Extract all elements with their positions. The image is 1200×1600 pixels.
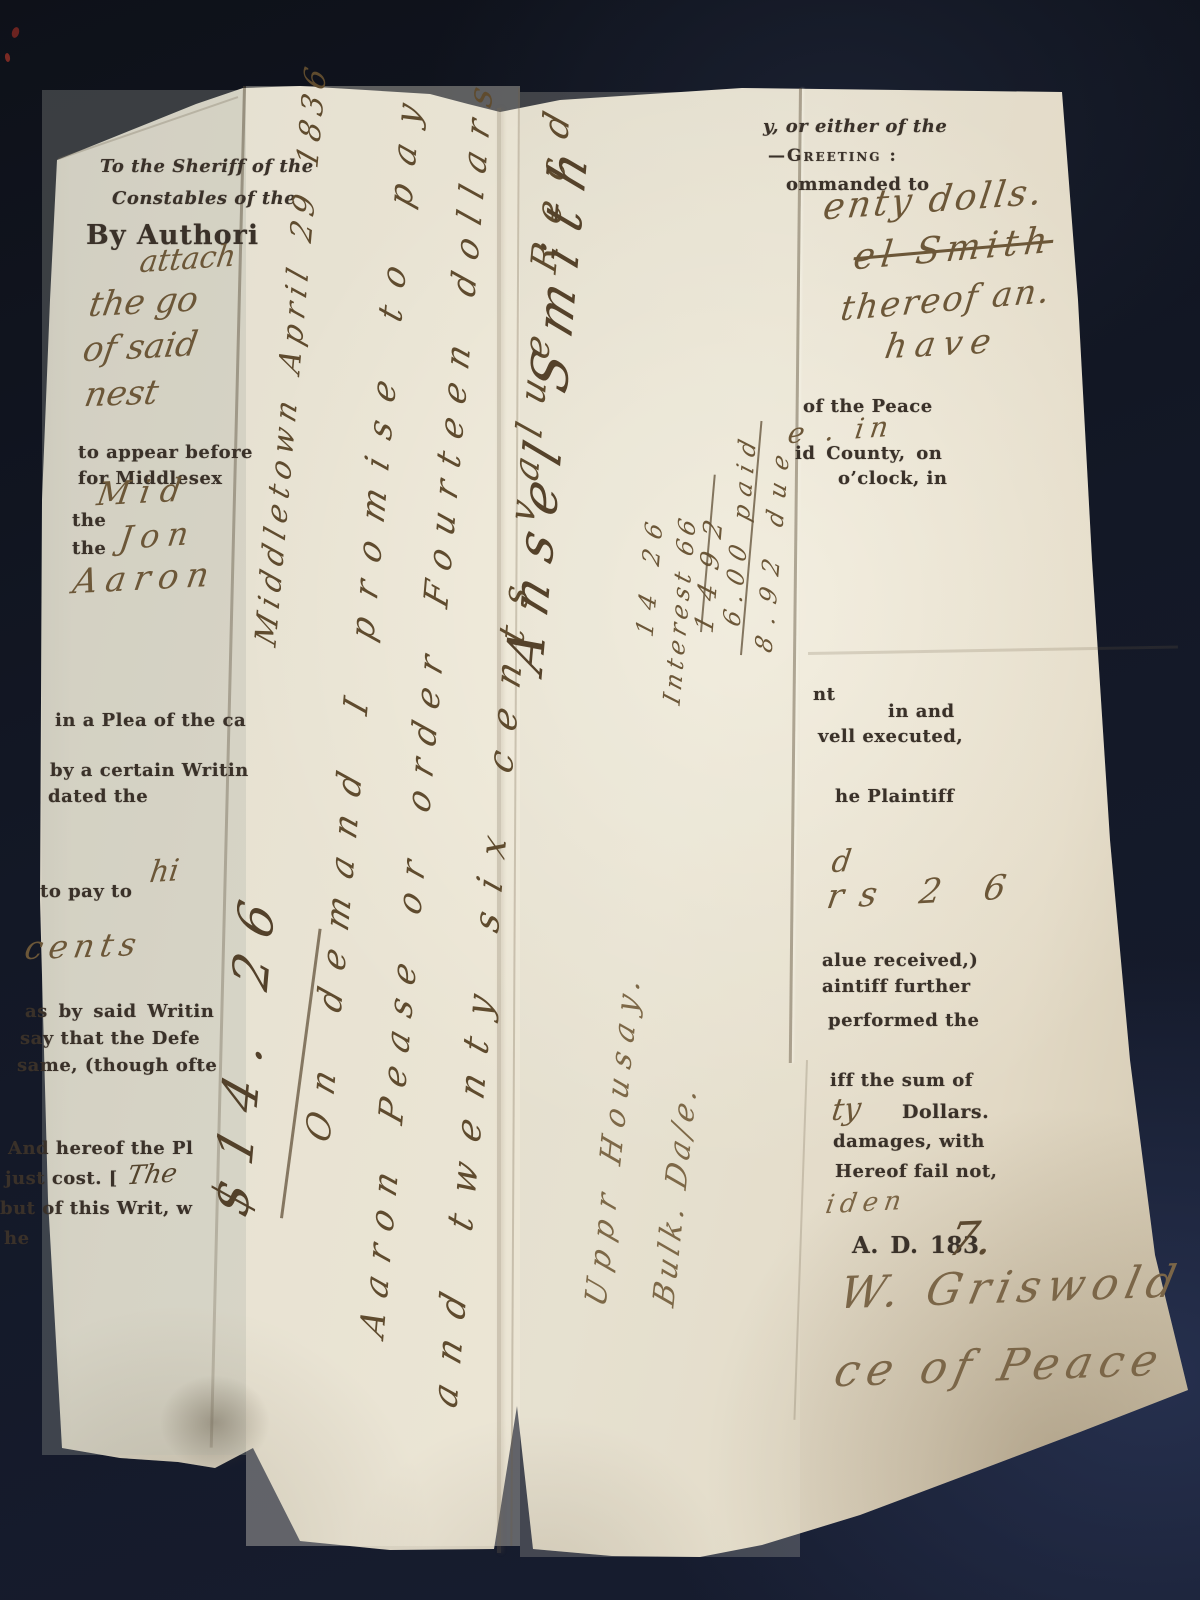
handwritten-of-said: of said: [81, 327, 200, 367]
printed-line-he: he: [4, 1230, 30, 1248]
printed-line-same: same, (though ofte: [17, 1057, 217, 1075]
printed-line-constables: Constables of the: [112, 190, 296, 208]
handwritten-nest: nest: [82, 375, 161, 412]
handwritten-the-go: the go: [87, 282, 201, 322]
handwritten-aaron: Aaron: [71, 557, 220, 599]
printed-line-greeting: —Greeting :: [768, 148, 898, 165]
printed-line-dated: dated the: [48, 788, 148, 806]
printed-line-value: alue received,): [822, 952, 978, 970]
printed-line-sum: iff the sum of: [830, 1072, 973, 1090]
handwritten-attach: attach: [138, 241, 238, 278]
handwritten-have: have: [883, 324, 1002, 364]
printed-line-the-1: the: [72, 512, 106, 530]
handwritten-iden: iden: [824, 1188, 909, 1218]
printed-line-plaintiff: he Plaintiff: [835, 788, 954, 806]
printed-line-performed: performed the: [828, 1012, 979, 1030]
printed-line-sheriff: To the Sheriff of the: [100, 158, 314, 176]
printed-line-further: aintiff further: [822, 978, 971, 996]
handwritten-cents: cents: [22, 928, 144, 964]
handwritten-hi: hi: [148, 856, 181, 888]
printed-line-pay: to pay to: [40, 883, 132, 901]
photo-of-antique-document: To the Sheriff of the Constables of the …: [0, 0, 1200, 1600]
printed-line-county: id County, on: [795, 445, 942, 463]
printed-line-executed: vell executed,: [818, 728, 963, 746]
red-speck: [4, 53, 10, 63]
handwritten-the-flourish: The: [125, 1160, 180, 1189]
printed-line-cost: just cost. [: [5, 1170, 118, 1188]
printed-line-say: say that the Defe: [20, 1030, 200, 1048]
handwritten-rs-26: rs 2 6: [825, 870, 1025, 915]
red-speck: [10, 26, 20, 39]
handwritten-jon: Jon: [117, 517, 198, 555]
handwritten-justice-of-peace: ce of Peace: [831, 1339, 1169, 1395]
printed-line-either: y, or either of the: [763, 118, 947, 136]
printed-line-fail: Hereof fail not,: [835, 1163, 997, 1181]
printed-line-writ: but of this Writ, w: [0, 1200, 192, 1218]
printed-line-the-2: the: [72, 540, 106, 558]
printed-line-as-by: as by said Writin: [25, 1003, 214, 1021]
printed-line-plea: in a Plea of the ca: [55, 712, 246, 730]
printed-line-appear: to appear before: [78, 444, 253, 462]
handwritten-ty: ty: [830, 1094, 863, 1126]
printed-line-dollars: Dollars.: [902, 1103, 989, 1122]
printed-line-oclock: o’clock, in: [838, 470, 947, 488]
printed-line-writing: by a certain Writin: [50, 762, 249, 780]
printed-line-nt: nt: [813, 686, 835, 704]
printed-line-damages: damages, with: [833, 1133, 985, 1151]
printed-line-hereof: And hereof the Pl: [8, 1140, 193, 1158]
printed-line-in-and: in and: [888, 703, 955, 721]
signature-griswold: W. Griswold: [836, 1260, 1187, 1316]
handwritten-mid: Mid: [95, 473, 193, 510]
